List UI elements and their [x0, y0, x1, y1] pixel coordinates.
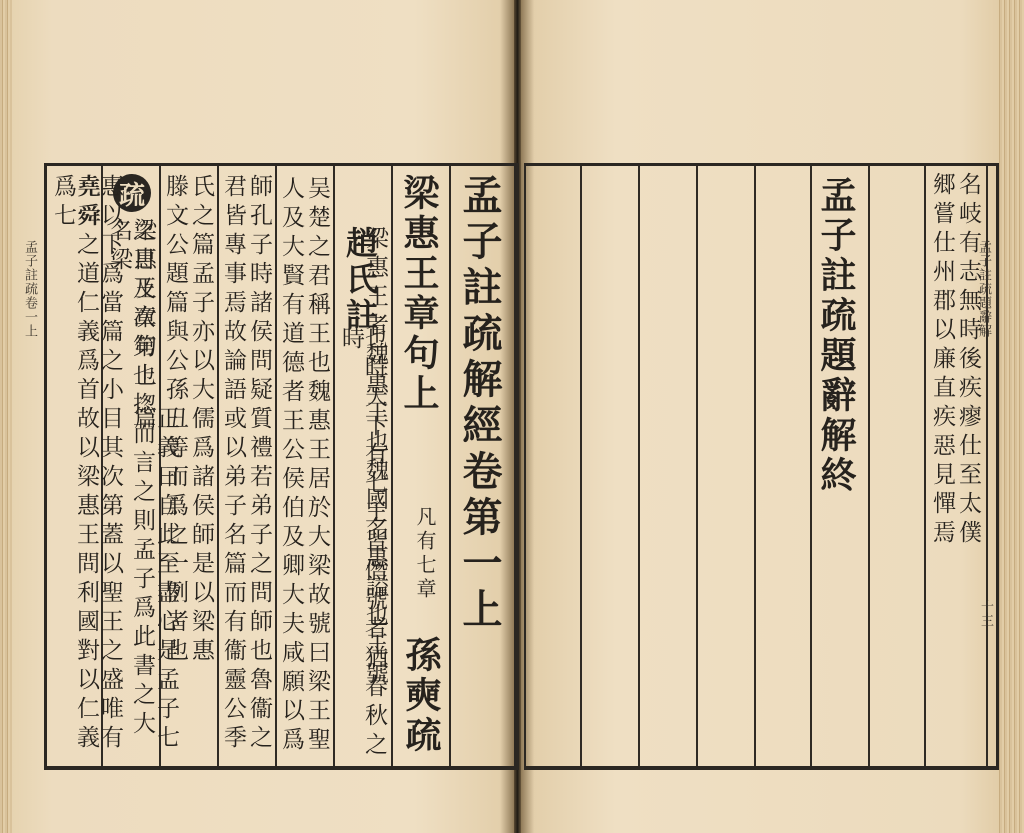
column-rule: [924, 166, 926, 766]
page-number: 十三: [976, 600, 995, 628]
column-rule: [391, 166, 393, 766]
column-rule: [754, 166, 756, 766]
volume-title: 孟子註疏解經卷第一上: [459, 174, 499, 634]
left-page-frame: 孟子註疏解經卷第一上 梁惠王章句上 凡有七章 孫奭疏 趙氏註 梁惠王者魏惠王也魏…: [44, 163, 519, 770]
commentary-line: 師孔子時諸侯問疑質禮若弟子之問師也魯衞之: [247, 174, 270, 754]
right-page-frame: 孟子註疏題辭解終 名岐有志無時後疾瘳仕至太僕 郷嘗仕州郡以廉直疾惡見憚焉: [524, 163, 999, 770]
subcommentary-line: 堯舜之道仁義爲首故以梁惠王問利國對以仁義爲七: [51, 174, 97, 766]
preface-line: 名岐有志無時後疾瘳仕至太僕: [956, 172, 979, 549]
author-credit: 孫奭疏: [403, 636, 439, 756]
column-rule: [333, 166, 335, 766]
preface-line: 郷嘗仕州郡以廉直疾惡見憚焉: [930, 172, 953, 549]
column-rule: [696, 166, 698, 766]
column-rule: [580, 166, 582, 766]
end-title: 孟子註疏題辭解終: [818, 176, 854, 496]
column-rule: [868, 166, 870, 766]
open-book: 孟子註疏卷一上 孟子註疏解經卷第一上 梁惠王章句上 凡有七章 孫奭疏 趙氏註 梁…: [0, 0, 1024, 833]
chapter-note: 凡有七章: [415, 506, 435, 602]
column-rule: [449, 166, 451, 766]
commentary-line: 人及大賢有道德者王公侯伯及卿大夫咸願以爲: [279, 176, 302, 756]
chapter-title: 梁惠王章句上: [401, 174, 437, 414]
commentary-line: 君皆專事焉故論語或以弟子名篇而有衞靈公季: [221, 174, 244, 754]
commentary-line: 氏之篇孟子亦以大儒爲諸侯師是以梁惠: [189, 174, 212, 667]
column-rule: [275, 166, 277, 766]
right-margin-label: 孟子註疏題辭解: [974, 240, 993, 338]
column-rule: [217, 166, 219, 766]
commentary-line: 吴楚之君稱王也魏惠王居於大梁故號曰梁王聖: [305, 176, 328, 756]
column-rule: [638, 166, 640, 766]
commentary-line-b: 也時天下有七王皆僭號者猶春秋之時: [339, 326, 385, 766]
left-margin-label: 孟子註疏卷一上: [20, 240, 39, 338]
column-rule: [810, 166, 812, 766]
